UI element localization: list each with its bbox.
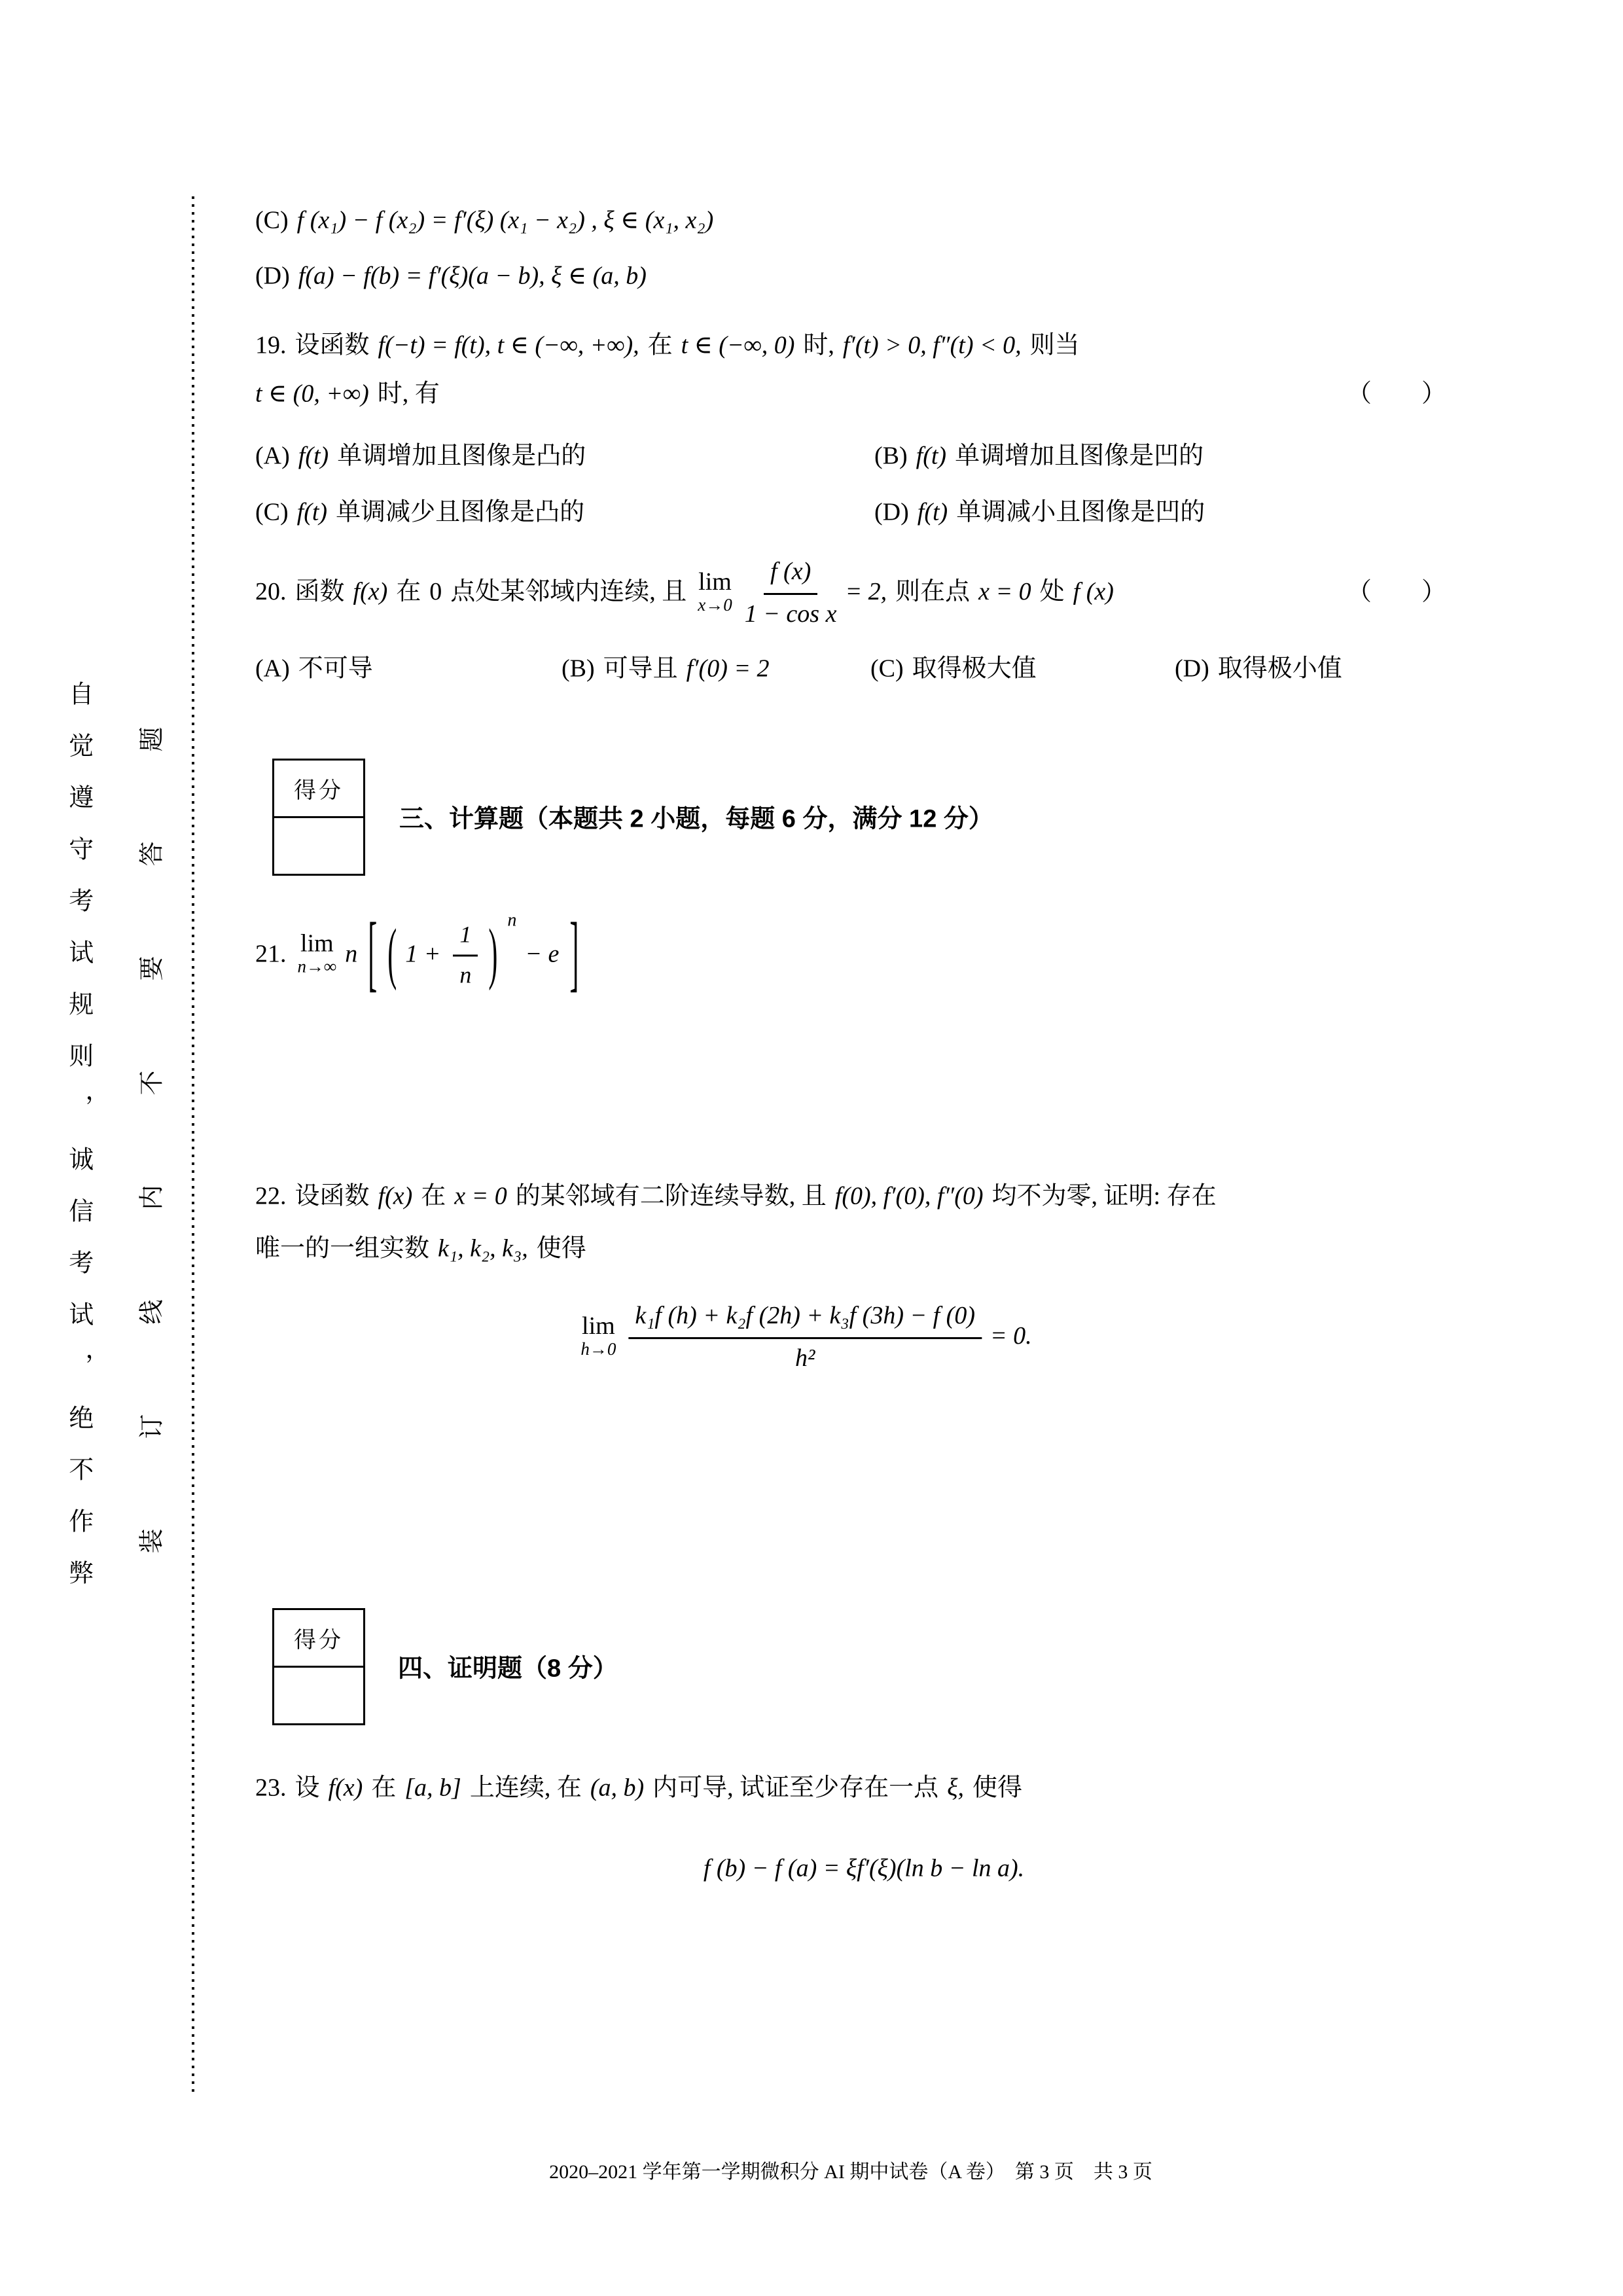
question-text: 在	[421, 1181, 446, 1212]
question-22-line-1: 22. 设函数 f(x) 在 x = 0 的某邻域有二阶连续导数, 且 f(0)…	[255, 1181, 1217, 1212]
right-bracket: ]	[569, 912, 579, 997]
binding-char: 装	[132, 1484, 166, 1598]
question-math: x = 0	[454, 1181, 507, 1212]
question-text: 在	[396, 577, 421, 608]
fraction-numerator: 1	[453, 919, 478, 957]
question-math: (a, b)	[590, 1772, 644, 1804]
option-tag: (B)	[562, 653, 595, 685]
question-text: 处	[1040, 577, 1065, 608]
question-19-option-a: (A) f(t) 单调增加且图像是凸的	[255, 440, 586, 472]
exam-page: 自觉遵守考试规则，诚信考试，绝不作弊 题 答 要 不 内 线 订 装 (C) f…	[0, 0, 1623, 2296]
option-text: 单调增加且图像是凸的	[337, 440, 586, 472]
question-math: k₁, k₂, k₃,	[438, 1233, 528, 1265]
section-title-text: 四、证明题（8 分）	[398, 1653, 618, 1685]
question-number: 19.	[255, 330, 287, 361]
page-footer: 2020–2021 学年第一学期微积分 AI 期中试卷（A 卷） 第 3 页 共…	[549, 2155, 1152, 2184]
fraction-denominator: n	[459, 957, 471, 990]
score-box-label: 得分	[274, 761, 363, 818]
binding-char: 订	[132, 1369, 166, 1484]
question-19-line-2: t ∈ (0, +∞) 时, 有	[255, 378, 440, 410]
option-tag: (D)	[255, 260, 290, 292]
question-19-option-d: (D) f(t) 单调减小且图像是凹的	[874, 497, 1205, 528]
question-math: ξ,	[947, 1772, 964, 1804]
binding-char-glyph: 订	[131, 1414, 167, 1439]
score-box-section-four: 得分	[272, 1608, 365, 1725]
option-formula: f(a) − f(b) = f′(ξ)(a − b), ξ ∈ (a, b)	[298, 260, 647, 292]
limit-operator: lim h→0	[580, 1314, 616, 1359]
binding-char: 内	[132, 1140, 166, 1255]
binding-char-glyph: 线	[131, 1299, 167, 1324]
option-math: f(t)	[916, 440, 946, 472]
question-22-display-formula: lim h→0 k₁f (h) + k₂f (2h) + k₃f (3h) − …	[578, 1299, 1031, 1374]
option-tag: (B)	[874, 440, 908, 472]
question-20-line: 20. 函数 f(x) 在 0 点处某邻域内连续, 且 lim x→0 f (x…	[255, 555, 1114, 630]
question-18-option-c: (C) f (x₁) − f (x₂) = f′(ξ) (x₁ − x₂) , …	[255, 205, 713, 236]
binding-char-glyph: 题	[131, 726, 167, 751]
score-box-section-three: 得分	[272, 759, 365, 876]
option-math: f(t)	[298, 440, 329, 472]
fraction-numerator: k₁f (h) + k₂f (2h) + k₃f (3h) − f (0)	[628, 1299, 982, 1339]
binding-char: 不	[132, 1026, 166, 1140]
question-number: 23.	[255, 1772, 287, 1804]
question-20-option-b: (B) 可导且 f′(0) = 2	[562, 653, 770, 685]
binding-char-glyph: 装	[131, 1528, 167, 1553]
binding-char: 题	[132, 682, 166, 797]
question-math: f(0), f′(0), f″(0)	[835, 1181, 984, 1212]
option-tag: (C)	[255, 497, 289, 528]
option-math: f(t)	[918, 497, 948, 528]
binding-char-glyph: 内	[131, 1185, 167, 1210]
question-text: 上连续, 在	[470, 1772, 582, 1804]
question-math: = 2,	[845, 577, 887, 608]
left-paren: (	[387, 920, 397, 989]
integrity-pledge-vertical-text: 自觉遵守考试规则，诚信考试，绝不作弊	[64, 681, 92, 1649]
equals-rhs: = 0.	[990, 1321, 1032, 1352]
coefficient: n	[345, 939, 357, 970]
binding-char: 答	[132, 797, 166, 911]
question-19-line-1: 19. 设函数 f(−t) = f(t), t ∈ (−∞, +∞), 在 t …	[255, 330, 1080, 361]
question-math: f′(t) > 0, f″(t) < 0,	[843, 330, 1022, 361]
option-tag: (D)	[874, 497, 909, 528]
question-math: f(x)	[353, 577, 388, 608]
limit-word: lim	[698, 569, 732, 594]
question-20-option-a: (A) 不可导	[255, 653, 373, 685]
option-text: 取得极大值	[912, 653, 1037, 685]
option-text: 取得极小值	[1218, 653, 1342, 685]
question-text: 设	[295, 1772, 320, 1804]
option-tag: (D)	[1175, 653, 1209, 685]
answer-blank: （ ）	[1347, 577, 1446, 608]
question-math: f(x)	[378, 1181, 413, 1212]
question-text: 使得	[537, 1233, 586, 1265]
fraction: k₁f (h) + k₂f (2h) + k₃f (3h) − f (0) h²	[628, 1299, 982, 1374]
question-math: f (x)	[1073, 577, 1114, 608]
question-math: f(x)	[329, 1772, 363, 1804]
question-text: 时,	[803, 330, 834, 361]
option-text: 单调减小且图像是凹的	[956, 497, 1205, 528]
limit-subscript: x→0	[698, 594, 732, 615]
question-text: 均不为零, 证明: 存在	[992, 1181, 1217, 1212]
option-tag: (A)	[255, 440, 290, 472]
section-three-title: 三、计算题（本题共 2 小题，每题 6 分，满分 12 分）	[399, 804, 993, 835]
option-formula: f (x₁) − f (x₂) = f′(ξ) (x₁ − x₂) , ξ ∈ …	[297, 205, 714, 236]
question-math: 0	[429, 577, 442, 608]
question-math: x = 0	[978, 577, 1031, 608]
limit-operator: lim n→∞	[298, 931, 337, 977]
question-20-option-d: (D) 取得极小值	[1175, 653, 1342, 685]
question-text: 设函数	[295, 330, 370, 361]
binding-char-glyph: 不	[131, 1070, 167, 1095]
question-text: 的某邻域有二阶连续导数, 且	[516, 1181, 827, 1212]
fraction-denominator: h²	[795, 1339, 815, 1374]
formula-text: f (b) − f (a) = ξf′(ξ)(ln b − ln a).	[704, 1853, 1024, 1884]
question-19-option-c: (C) f(t) 单调减少且图像是凸的	[255, 497, 584, 528]
section-title-text: 三、计算题（本题共 2 小题，每题 6 分，满分 12 分）	[399, 804, 993, 835]
question-20-answer-parens: （ ）	[1347, 577, 1446, 608]
question-math: t ∈ (0, +∞)	[255, 378, 369, 410]
fraction-denominator: 1 − cos x	[745, 595, 837, 630]
question-23-line: 23. 设 f(x) 在 [a, b] 上连续, 在 (a, b) 内可导, 试…	[255, 1772, 1022, 1804]
answer-blank: （ ）	[1347, 378, 1446, 410]
option-math: f(t)	[297, 497, 327, 528]
question-20-option-c: (C) 取得极大值	[870, 653, 1037, 685]
question-text: 设函数	[295, 1181, 370, 1212]
question-text: 点处某邻域内连续, 且	[450, 577, 687, 608]
question-math: f(−t) = f(t), t ∈ (−∞, +∞),	[378, 330, 639, 361]
term: − e	[525, 939, 559, 970]
option-tag: (C)	[255, 205, 289, 236]
question-text: 内可导, 试证至少存在一点	[652, 1772, 938, 1804]
limit-subscript: h→0	[580, 1338, 616, 1359]
question-text: 时, 有	[378, 378, 440, 410]
option-tag: (A)	[255, 653, 290, 685]
term: 1 +	[405, 939, 440, 970]
question-number: 21.	[255, 939, 287, 970]
question-19-option-b: (B) f(t) 单调增加且图像是凹的	[874, 440, 1204, 472]
question-math: [a, b]	[404, 1772, 461, 1804]
question-text: 唯一的一组实数	[255, 1233, 429, 1265]
limit-word: lim	[300, 931, 334, 956]
question-23-display-formula: f (b) − f (a) = ξf′(ξ)(ln b − ln a).	[704, 1853, 1024, 1884]
left-bracket: [	[368, 912, 377, 997]
limit-word: lim	[582, 1314, 615, 1338]
option-text: 不可导	[298, 653, 373, 685]
binding-dotted-line	[192, 196, 194, 2094]
binding-instruction-column: 题 答 要 不 内 线 订 装	[132, 682, 166, 1598]
question-number: 22.	[255, 1181, 287, 1212]
score-box-empty-cell	[274, 818, 363, 874]
binding-char-glyph: 答	[131, 841, 167, 866]
score-box-label: 得分	[274, 1610, 363, 1668]
question-text: 则当	[1030, 330, 1080, 361]
binding-char: 线	[132, 1255, 166, 1369]
option-text: 单调增加且图像是凹的	[955, 440, 1204, 472]
section-four-title: 四、证明题（8 分）	[398, 1653, 618, 1685]
fraction: f (x) 1 − cos x	[745, 555, 837, 630]
right-paren: )	[488, 920, 497, 989]
question-18-option-d: (D) f(a) − f(b) = f′(ξ)(a − b), ξ ∈ (a, …	[255, 260, 647, 292]
footer-text: 2020–2021 学年第一学期微积分 AI 期中试卷（A 卷） 第 3 页 共…	[549, 2161, 1152, 2183]
question-21-formula: 21. lim n→∞ n [ ( 1 + 1 n ) n − e ]	[255, 919, 579, 990]
question-text: 则在点	[895, 577, 970, 608]
option-math: f′(0) = 2	[687, 653, 770, 685]
question-text: 在	[371, 1772, 396, 1804]
option-text: 单调减少且图像是凸的	[336, 497, 584, 528]
question-text: 使得	[972, 1772, 1022, 1804]
question-text: 在	[648, 330, 673, 361]
option-tag: (C)	[870, 653, 904, 685]
fraction: 1 n	[453, 919, 478, 990]
limit-operator: lim x→0	[698, 569, 732, 615]
question-text: 函数	[295, 577, 345, 608]
fraction-numerator: f (x)	[764, 555, 817, 595]
exponent: n	[507, 909, 516, 932]
binding-char-glyph: 要	[131, 956, 167, 980]
limit-subscript: n→∞	[298, 956, 337, 977]
question-number: 20.	[255, 577, 287, 608]
question-math: t ∈ (−∞, 0)	[681, 330, 795, 361]
question-22-line-2: 唯一的一组实数 k₁, k₂, k₃, 使得	[255, 1233, 586, 1265]
binding-char: 要	[132, 911, 166, 1026]
option-text: 可导且	[603, 653, 678, 685]
question-19-answer-parens: （ ）	[1347, 378, 1446, 410]
score-box-empty-cell	[274, 1668, 363, 1723]
